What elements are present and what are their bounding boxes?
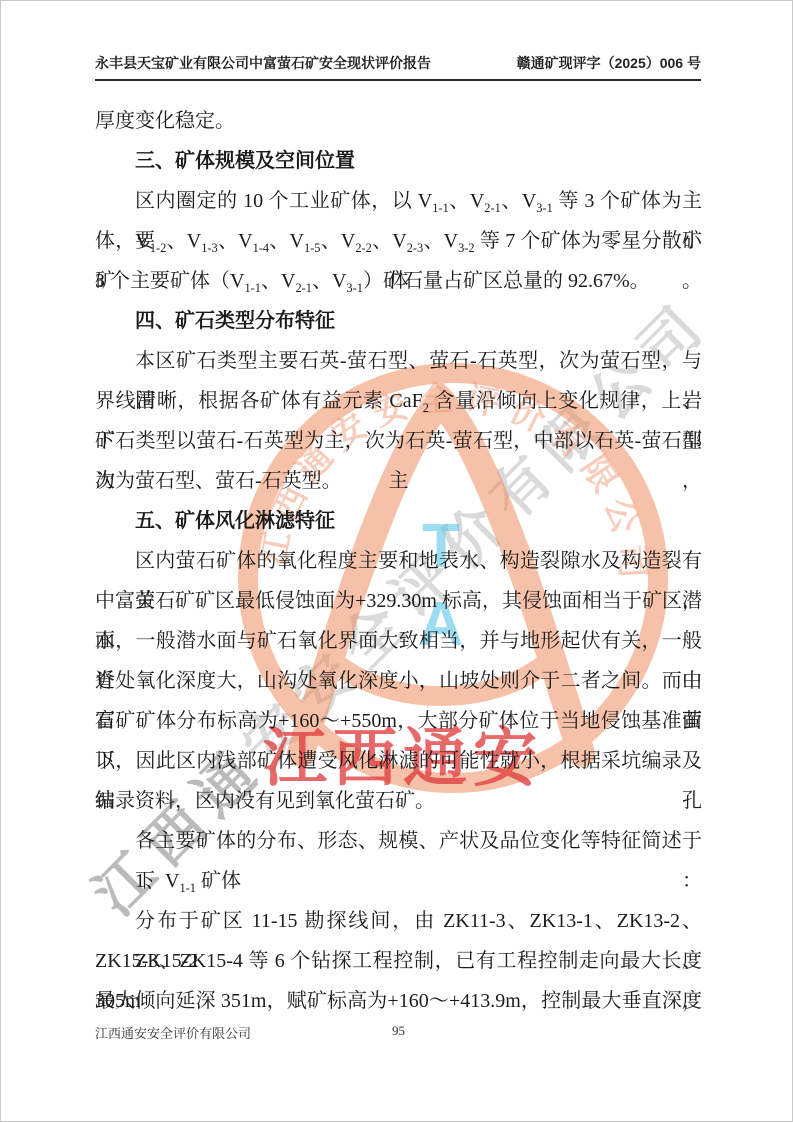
header-document-number: 赣通矿现评字（2025）006 号 [517, 53, 701, 73]
text-line: ZK15-3、ZK15-4 等 6 个钻探工程控制，已有工程控制走向最大长度 3… [95, 941, 702, 981]
page-footer: 江西通安安全评价有限公司 95 [95, 1023, 702, 1045]
text-line: 五、矿体风化淋滤特征 [95, 501, 702, 541]
text-line: 分布于矿区 11-15 勘探线间，由 ZK11-3、ZK13-1、ZK13-2、… [95, 901, 702, 941]
report-page: 江西通安安全评价有限公司 江西通安安全评价有限公司 T A 江西通安 永丰县天宝… [0, 0, 793, 1122]
text-line: 区内圈定的 10 个工业矿体，以 V1-1、V2-1、V3-1 等 3 个矿体为… [95, 181, 702, 221]
text-line: 石矿矿体分布标高为+160～+550m，大部分矿体位于当地侵蚀基准面以 [95, 701, 702, 741]
text-line: 界线清晰，根据各矿体有益元素 CaF2 含量沿倾向上变化规律，上、下部 [95, 381, 702, 421]
text-line: 三、矿体规模及空间位置 [95, 141, 702, 181]
header-report-title: 永丰县天宝矿业有限公司中富萤石矿安全现状评价报告 [95, 53, 431, 73]
text-line: 本区矿石类型主要石英-萤石型、萤石-石英型，次为萤石型，与围岩 [95, 341, 702, 381]
text-line: 3 个主要矿体（V1-1、V2-1、V3-1）矿石量占矿区总量的 92.67%。 [95, 261, 702, 301]
text-line: 矿石类型以萤石-石英型为主，次为石英-萤石型，中部以石英-萤石型为主， [95, 421, 702, 461]
text-line: 体，V1-2、V1-3、V1-4、V1-5、V2-2、V2-3、V3-2 等 7… [95, 221, 702, 261]
page-header: 永丰县天宝矿业有限公司中富萤石矿安全现状评价报告 赣通矿现评字（2025）006… [95, 51, 701, 81]
text-line: 最大倾向延深 351m，赋矿标高为+160～+413.9m，控制最大垂直深度 [95, 981, 702, 1021]
text-line: 各主要矿体的分布、形态、规模、产状及品位变化等特征简述于下： [95, 821, 702, 861]
text-line: 四、矿石类型分布特征 [95, 301, 702, 341]
text-line: 厚度变化稳定。 [95, 101, 702, 141]
document-body: 厚度变化稳定。三、矿体规模及空间位置区内圈定的 10 个工业矿体，以 V1-1、… [95, 101, 702, 1021]
text-line: 面，一般潜水面与矿石氧化界面大致相当，并与地形起伏有关，一般近山 [95, 621, 702, 661]
page-number: 95 [95, 1023, 702, 1039]
text-line: 区内萤石矿体的氧化程度主要和地表水、构造裂隙水及构造裂有关， [95, 541, 702, 581]
text-line: 下，因此区内浅部矿体遭受风化淋滤的可能性就小，根据采坑编录及钻孔 [95, 741, 702, 781]
text-line: 中富萤石矿矿区最低侵蚀面为+329.30m 标高，其侵蚀面相当于矿区潜水 [95, 581, 702, 621]
text-line: 脊处氧化深度大，山沟处氧化深度小，山坡处则介于二者之间。而中富萤 [95, 661, 702, 701]
